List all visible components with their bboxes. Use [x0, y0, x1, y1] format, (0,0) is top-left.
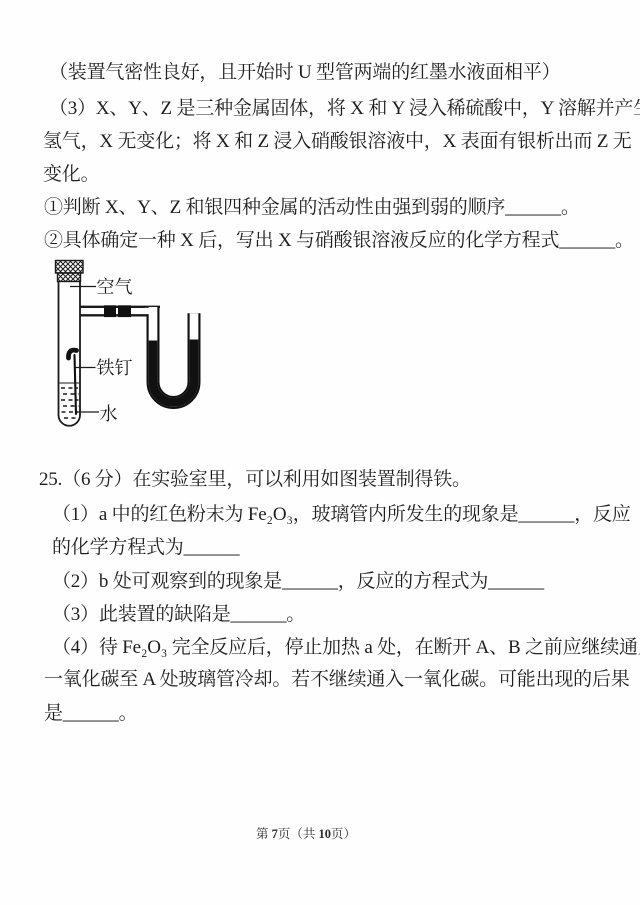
air-label: 空气: [97, 277, 133, 297]
text-line: （2）b 处可观察到的现象是______，反应的方程式为______: [52, 570, 544, 593]
text-line: 变化。: [43, 163, 99, 186]
experiment-diagram: 空气 铁钉 水: [48, 254, 208, 434]
text-line: （4）待 Fe₂O₃ 完全反应后，停止加热 a 处，在断开 A、B 之前应继续通…: [52, 636, 640, 659]
iron-nail-shaft: [75, 355, 77, 414]
pipe-connector: [118, 305, 131, 317]
exam-page: （装置气密性良好，且开始时 U 型管两端的红墨水液面相平） （3）X、Y、Z 是…: [0, 0, 640, 905]
text-line: （3）此装置的缺陷是______。: [52, 603, 305, 626]
text-line: 一氧化碳至 A 处玻璃管冷却。若不继续通入一氧化碳。可能出现的后果: [44, 668, 630, 691]
rubber-stopper: [58, 273, 81, 282]
water-label: 水: [100, 404, 118, 424]
elbow-clear: [145, 308, 149, 314]
text-line: ①判断 X、Y、Z 和银四种金属的活动性由强到弱的顺序______。: [44, 196, 580, 219]
pipe-connector: [104, 305, 116, 317]
text-line: （3）X、Y、Z 是三种金属固体，将 X 和 Y 浸入稀硫酸中，Y 溶解并产生: [49, 97, 640, 120]
text-line: （1）a 中的红色粉末为 Fe₂O₃，玻璃管内所发生的现象是______，反应: [52, 503, 631, 526]
text-line: 的化学方程式为______: [52, 536, 239, 559]
text-line: 25.（6 分）在实验室里，可以利用如图装置制得铁。: [39, 468, 471, 491]
footer-total-pages: 10: [319, 827, 332, 841]
footer-text: 第: [256, 827, 272, 841]
footer-text: 页（共: [278, 827, 319, 841]
nail-label: 铁钉: [97, 358, 133, 378]
text-line: ②具体确定一种 X 后，写出 X 与硝酸银溶液反应的化学方程式______。: [44, 229, 634, 252]
text-line: 是______。: [44, 702, 137, 725]
rubber-stopper: [56, 261, 84, 274]
text-line: 氢气，X 无变化；将 X 和 Z 浸入硝酸银溶液中，X 表面有银析出而 Z 无: [43, 130, 632, 153]
page-footer: 第 7页（共 10页）: [0, 824, 612, 842]
footer-text: 页）: [331, 827, 356, 841]
text-line: （装置气密性良好，且开始时 U 型管两端的红墨水液面相平）: [49, 61, 560, 84]
u-tube-body: [153, 307, 194, 403]
